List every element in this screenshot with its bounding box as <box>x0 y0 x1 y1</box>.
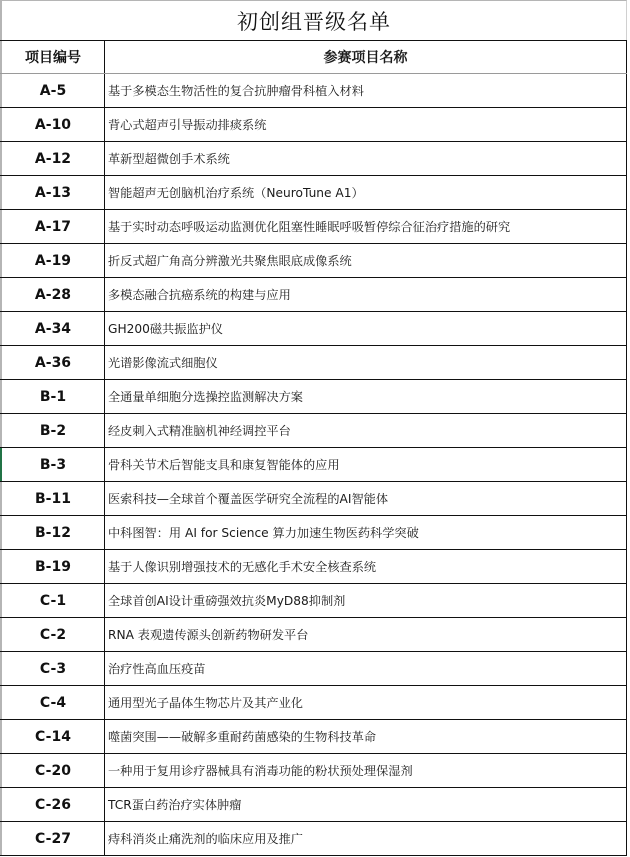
table-row: A-5基于多模态生物活性的复合抗肿瘤骨科植入材料 <box>0 74 627 108</box>
project-id-cell[interactable]: A-34 <box>0 312 105 345</box>
table-row: C-4通用型光子晶体生物芯片及其产业化 <box>0 686 627 720</box>
project-id-cell[interactable]: A-28 <box>0 278 105 311</box>
project-id-cell[interactable]: A-36 <box>0 346 105 379</box>
project-name-cell[interactable]: 全通量单细胞分选操控监测解决方案 <box>105 380 627 413</box>
project-name-cell[interactable]: 痔科消炎止痛洗剂的临床应用及推广 <box>105 822 627 855</box>
project-name-cell[interactable]: 背心式超声引导振动排痰系统 <box>105 108 627 141</box>
table-row: A-12革新型超微创手术系统 <box>0 142 627 176</box>
table-row: A-36光谱影像流式细胞仪 <box>0 346 627 380</box>
column-header-name[interactable]: 参赛项目名称 <box>105 41 627 73</box>
table-row: C-1全球首创AI设计重磅强效抗炎MyD88抑制剂 <box>0 584 627 618</box>
table-row: C-2RNA 表观遗传源头创新药物研发平台 <box>0 618 627 652</box>
project-name-cell[interactable]: 医索科技—全球首个覆盖医学研究全流程的AI智能体 <box>105 482 627 515</box>
project-id-cell[interactable]: B-1 <box>0 380 105 413</box>
table-row: B-2经皮刺入式精准脑机神经调控平台 <box>0 414 627 448</box>
project-id-cell[interactable]: C-20 <box>0 754 105 787</box>
title-cell[interactable]: 初创组晋级名单 <box>0 0 627 40</box>
project-name-cell[interactable]: 多模态融合抗癌系统的构建与应用 <box>105 278 627 311</box>
project-id-cell[interactable]: B-2 <box>0 414 105 447</box>
table-row: C-3治疗性高血压疫苗 <box>0 652 627 686</box>
table-row: A-28多模态融合抗癌系统的构建与应用 <box>0 278 627 312</box>
project-id-cell[interactable]: A-5 <box>0 74 105 107</box>
project-name-cell[interactable]: 噬菌突围——破解多重耐药菌感染的生物科技革命 <box>105 720 627 753</box>
project-name-cell[interactable]: 智能超声无创脑机治疗系统（NeuroTune A1） <box>105 176 627 209</box>
project-name-cell[interactable]: GH200磁共振监护仪 <box>105 312 627 345</box>
page-title: 初创组晋级名单 <box>237 6 391 36</box>
table-row: C-27痔科消炎止痛洗剂的临床应用及推广 <box>0 822 627 856</box>
project-name-cell[interactable]: 一种用于复用诊疗器械具有消毒功能的粉状预处理保湿剂 <box>105 754 627 787</box>
project-name-cell[interactable]: 全球首创AI设计重磅强效抗炎MyD88抑制剂 <box>105 584 627 617</box>
project-name-cell[interactable]: 光谱影像流式细胞仪 <box>105 346 627 379</box>
project-name-cell[interactable]: 通用型光子晶体生物芯片及其产业化 <box>105 686 627 719</box>
project-id-cell[interactable]: B-11 <box>0 482 105 515</box>
project-name-cell[interactable]: 基于人像识别增强技术的无感化手术安全核查系统 <box>105 550 627 583</box>
column-header-id[interactable]: 项目编号 <box>0 41 105 73</box>
project-id-cell[interactable]: B-12 <box>0 516 105 549</box>
table-row: B-3骨科关节术后智能支具和康复智能体的应用 <box>0 448 627 482</box>
table-row: C-14噬菌突围——破解多重耐药菌感染的生物科技革命 <box>0 720 627 754</box>
project-name-cell[interactable]: 基于多模态生物活性的复合抗肿瘤骨科植入材料 <box>105 74 627 107</box>
project-id-cell[interactable]: C-4 <box>0 686 105 719</box>
project-name-cell[interactable]: 经皮刺入式精准脑机神经调控平台 <box>105 414 627 447</box>
project-id-cell[interactable]: A-10 <box>0 108 105 141</box>
promotion-table: 项目编号 参赛项目名称 A-5基于多模态生物活性的复合抗肿瘤骨科植入材料A-10… <box>0 40 627 856</box>
table-row: A-10背心式超声引导振动排痰系统 <box>0 108 627 142</box>
project-id-cell[interactable]: A-19 <box>0 244 105 277</box>
table-row: A-34GH200磁共振监护仪 <box>0 312 627 346</box>
project-name-cell[interactable]: 骨科关节术后智能支具和康复智能体的应用 <box>105 448 627 481</box>
table-row: B-1全通量单细胞分选操控监测解决方案 <box>0 380 627 414</box>
project-id-cell[interactable]: C-26 <box>0 788 105 821</box>
table-row: B-19基于人像识别增强技术的无感化手术安全核查系统 <box>0 550 627 584</box>
project-name-cell[interactable]: TCR蛋白药治疗实体肿瘤 <box>105 788 627 821</box>
table-row: A-17基于实时动态呼吸运动监测优化阻塞性睡眠呼吸暂停综合征治疗措施的研究 <box>0 210 627 244</box>
table-row: C-20一种用于复用诊疗器械具有消毒功能的粉状预处理保湿剂 <box>0 754 627 788</box>
project-name-cell[interactable]: 中科图智：用 AI for Science 算力加速生物医药科学突破 <box>105 516 627 549</box>
project-id-cell[interactable]: B-19 <box>0 550 105 583</box>
project-id-cell[interactable]: C-1 <box>0 584 105 617</box>
spreadsheet: 初创组晋级名单 项目编号 参赛项目名称 A-5基于多模态生物活性的复合抗肿瘤骨科… <box>0 0 630 857</box>
project-id-cell[interactable]: A-13 <box>0 176 105 209</box>
project-id-cell[interactable]: C-2 <box>0 618 105 651</box>
table-row: C-26TCR蛋白药治疗实体肿瘤 <box>0 788 627 822</box>
table-row: A-19折反式超广角高分辨激光共聚焦眼底成像系统 <box>0 244 627 278</box>
project-name-cell[interactable]: 治疗性高血压疫苗 <box>105 652 627 685</box>
project-id-cell[interactable]: A-17 <box>0 210 105 243</box>
project-id-cell[interactable]: B-3 <box>0 448 105 481</box>
table-header-row: 项目编号 参赛项目名称 <box>0 40 627 74</box>
table-row: B-12中科图智：用 AI for Science 算力加速生物医药科学突破 <box>0 516 627 550</box>
project-name-cell[interactable]: 折反式超广角高分辨激光共聚焦眼底成像系统 <box>105 244 627 277</box>
project-id-cell[interactable]: C-14 <box>0 720 105 753</box>
project-name-cell[interactable]: 革新型超微创手术系统 <box>105 142 627 175</box>
table-row: A-13智能超声无创脑机治疗系统（NeuroTune A1） <box>0 176 627 210</box>
project-id-cell[interactable]: A-12 <box>0 142 105 175</box>
project-name-cell[interactable]: RNA 表观遗传源头创新药物研发平台 <box>105 618 627 651</box>
project-id-cell[interactable]: C-3 <box>0 652 105 685</box>
table-row: B-11医索科技—全球首个覆盖医学研究全流程的AI智能体 <box>0 482 627 516</box>
project-name-cell[interactable]: 基于实时动态呼吸运动监测优化阻塞性睡眠呼吸暂停综合征治疗措施的研究 <box>105 210 627 243</box>
project-id-cell[interactable]: C-27 <box>0 822 105 855</box>
